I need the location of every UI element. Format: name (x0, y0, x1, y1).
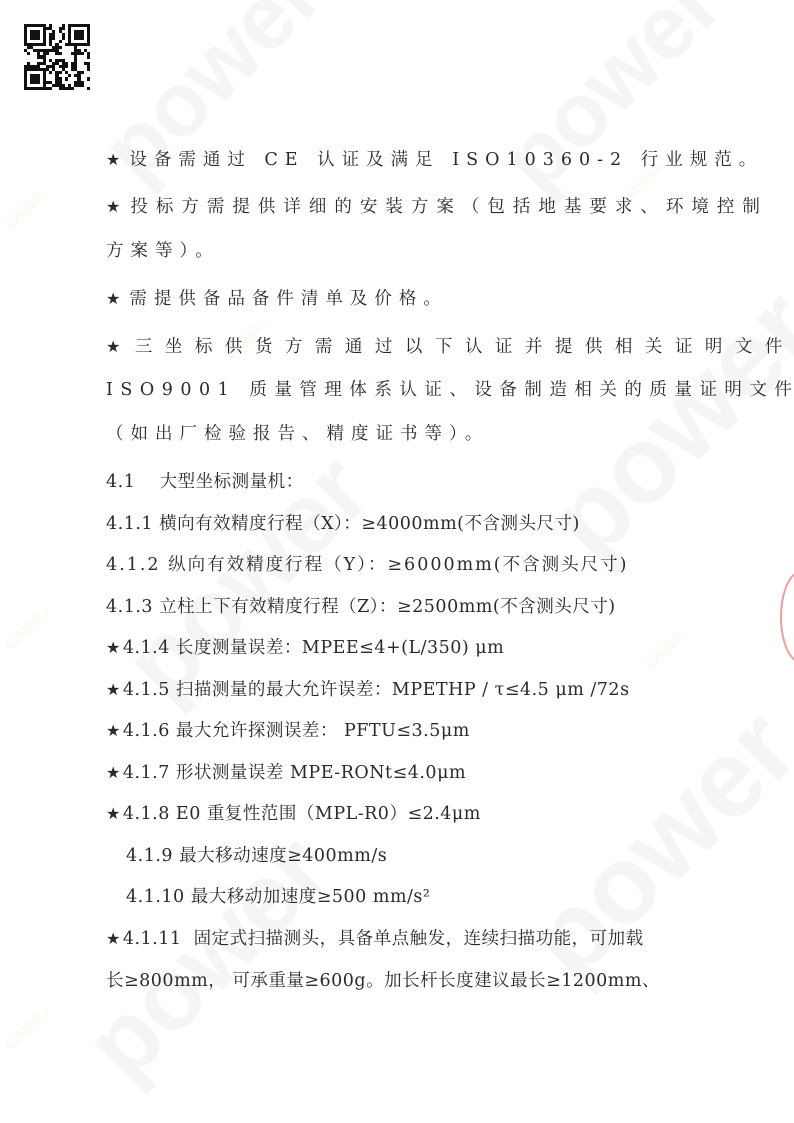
red-seal-fragment (780, 570, 794, 664)
paragraph: ★4.1.5 扫描测量的最大允许误差：MPETHP / τ≤4.5 μm /72… (106, 676, 630, 701)
star-icon: ★ (106, 289, 127, 308)
watermark: power (82, 0, 342, 202)
watermark: power (482, 0, 742, 212)
star-icon: ★ (106, 638, 121, 657)
star-icon: ★ (106, 150, 127, 169)
paragraph: ★设备需通过 CE 认证及满足 ISO10360-2 行业规范。 (106, 146, 763, 171)
paragraph: 4.1.3 立柱上下有效精度行程（Z）：≥2500mm(不含测头尺寸) (106, 593, 616, 618)
paragraph: ★4.1.7 形状测量误差 MPE-RONt≤4.0μm (106, 759, 466, 784)
paragraph: 4.1.1 横向有效精度行程（X）：≥4000mm(不含测头尺寸) (106, 510, 580, 535)
watermark: 625252... (3, 183, 52, 232)
paragraph: ★4.1.4 长度测量误差：MPEE≤4+(L/350) μm (106, 634, 504, 659)
paragraph: ★4.1.8 E0 重复性范围（MPL-R0）≤2.4μm (106, 800, 481, 825)
paragraph: ★三坐标供货方需通过以下认证并提供相关证明文件： (106, 333, 794, 358)
star-icon: ★ (106, 721, 121, 740)
watermark: 625252... (643, 623, 692, 672)
paragraph: 4.1.2 纵向有效精度行程（Y）：≥6000mm(不含测头尺寸) (106, 551, 628, 576)
star-icon: ★ (106, 337, 133, 356)
star-icon: ★ (106, 804, 121, 823)
paragraph: ★需提供备品备件清单及价格。 (106, 285, 448, 310)
watermark: 625252... (3, 1003, 52, 1052)
paragraph: ★4.1.11 固定式扫描测头，具备单点触发，连续扫描功能，可加载 (106, 925, 644, 950)
star-icon: ★ (106, 763, 121, 782)
paragraph: ISO9001 质量管理体系认证、设备制造相关的质量证明文件 (106, 376, 794, 401)
paragraph: ★投标方需提供详细的安装方案（包括地基要求、环境控制 (106, 193, 768, 218)
paragraph: 4.1.10 最大移动加速度≥500 mm/s² (126, 883, 430, 908)
paragraph: （如出厂检验报告、精度证书等）。 (106, 420, 489, 445)
watermark: power (503, 684, 794, 1003)
star-icon: ★ (106, 197, 128, 216)
watermark: 625252... (3, 603, 52, 652)
star-icon: ★ (106, 680, 121, 699)
paragraph: ★4.1.6 最大允许探测误差： PFTU≤3.5μm (106, 717, 470, 742)
paragraph: 4.1 大型坐标测量机： (106, 468, 304, 493)
paragraph: 长≥800mm， 可承重量≥600g。加长杆长度建议最长≥1200mm、 (106, 967, 660, 992)
paragraph: 4.1.9 最大移动速度≥400mm/s (126, 842, 387, 867)
star-icon: ★ (106, 929, 121, 948)
qr-code (24, 24, 90, 90)
paragraph: 方案等）。 (106, 237, 220, 262)
watermark: power (523, 264, 794, 583)
